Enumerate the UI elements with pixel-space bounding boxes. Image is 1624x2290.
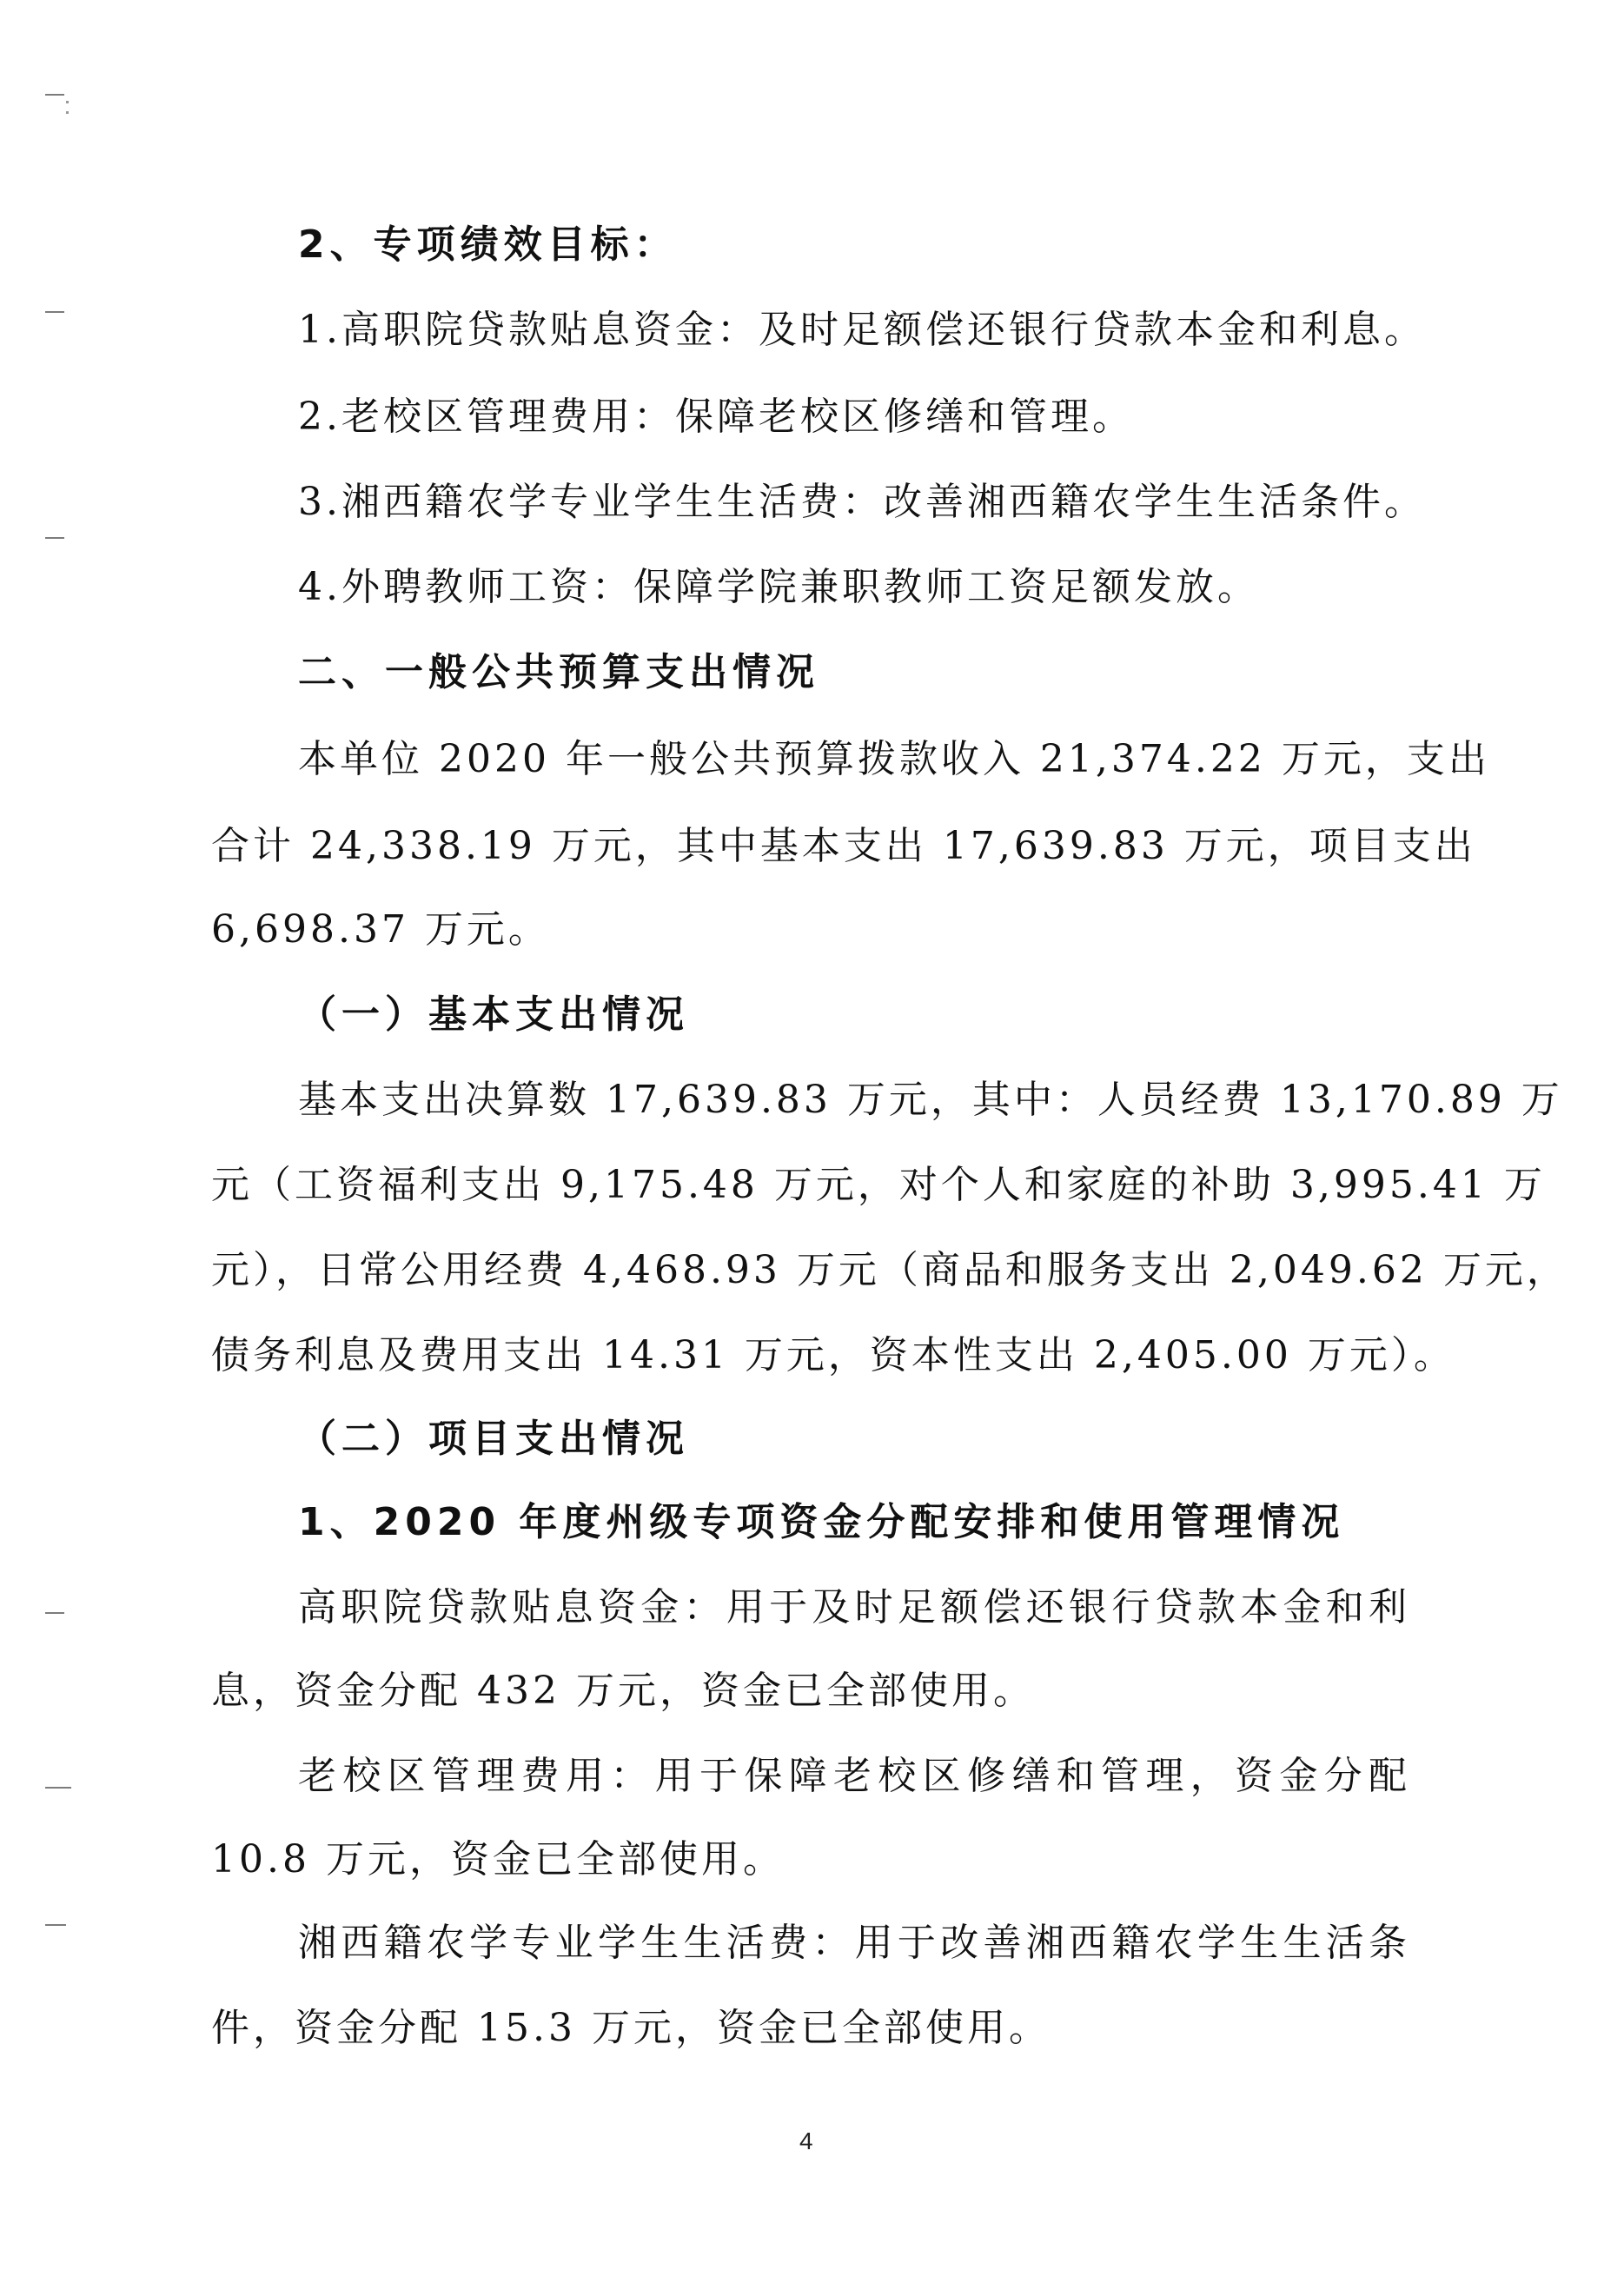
paragraph-basic-expenditure-line-1: 基本支出决算数 17,639.83 万元，其中：人员经费 13,170.89 万 (298, 1074, 1410, 1126)
binding-mark (45, 1924, 66, 1926)
binding-dot (66, 101, 69, 103)
binding-mark (45, 1787, 71, 1789)
binding-dot (66, 111, 69, 114)
paragraph-basic-expenditure-line-3: 元），日常公用经费 4,468.93 万元（商品和服务支出 2,049.62 万… (211, 1245, 1410, 1297)
paragraph-general-budget-line-2: 合计 24,338.19 万元，其中基本支出 17,639.83 万元，项目支出 (211, 820, 1410, 873)
goal-item-2: 2.老校区管理费用：保障老校区修缮和管理。 (298, 391, 1410, 443)
item-heading-special-funds-2020: 1、2020 年度州级专项资金分配安排和使用管理情况 (298, 1497, 1410, 1549)
paragraph-loan-interest-line-1: 高职院贷款贴息资金：用于及时足额偿还银行贷款本金和利 (298, 1582, 1410, 1634)
binding-mark (45, 537, 64, 539)
goal-item-3: 3.湘西籍农学专业学生生活费：改善湘西籍农学生生活条件。 (298, 476, 1410, 528)
paragraph-old-campus-line-2: 10.8 万元，资金已全部使用。 (211, 1834, 1410, 1886)
binding-mark (45, 1612, 64, 1614)
section-heading-performance-goals: 2、专项绩效目标： (298, 219, 1497, 271)
subsection-heading-basic-expenditure: （一）基本支出情况 (298, 989, 1497, 1041)
binding-mark (45, 94, 64, 96)
page-number: 4 (799, 2127, 813, 2155)
paragraph-general-budget-line-1: 本单位 2020 年一般公共预算拨款收入 21,374.22 万元，支出 (298, 733, 1410, 786)
section-heading-general-budget: 二、一般公共预算支出情况 (298, 647, 1410, 699)
paragraph-old-campus-line-1: 老校区管理费用：用于保障老校区修缮和管理，资金分配 (298, 1750, 1410, 1802)
subsection-heading-project-expenditure: （二）项目支出情况 (298, 1413, 1497, 1465)
paragraph-student-living-line-2: 件，资金分配 15.3 万元，资金已全部使用。 (211, 2002, 1410, 2054)
paragraph-basic-expenditure-line-2: 元（工资福利支出 9,175.48 万元，对个人和家庭的补助 3,995.41 … (211, 1159, 1410, 1211)
paragraph-loan-interest-line-2: 息，资金分配 432 万元，资金已全部使用。 (211, 1665, 1410, 1717)
goal-item-1: 1.高职院贷款贴息资金：及时足额偿还银行贷款本金和利息。 (298, 304, 1410, 356)
goal-item-4: 4.外聘教师工资：保障学院兼职教师工资足额发放。 (298, 561, 1410, 614)
paragraph-basic-expenditure-line-4: 债务利息及费用支出 14.31 万元，资本性支出 2,405.00 万元）。 (211, 1330, 1410, 1382)
paragraph-general-budget-line-3: 6,698.37 万元。 (211, 904, 1410, 956)
paragraph-student-living-line-1: 湘西籍农学专业学生生活费：用于改善湘西籍农学生生活条 (298, 1917, 1410, 1969)
document-page: 2、专项绩效目标： 1.高职院贷款贴息资金：及时足额偿还银行贷款本金和利息。 2… (0, 0, 1624, 2290)
binding-mark (45, 311, 64, 313)
